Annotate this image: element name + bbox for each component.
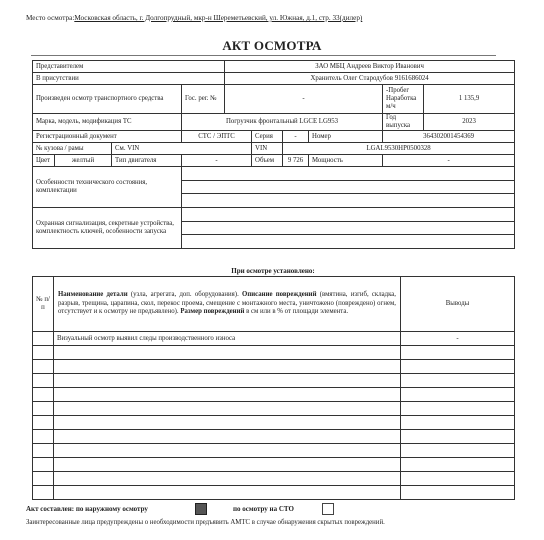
row-number[interactable] [33, 402, 54, 416]
table-row [33, 458, 515, 472]
table-row [33, 374, 515, 388]
row-description[interactable] [54, 416, 401, 430]
row-number[interactable] [33, 458, 54, 472]
vin-value: LGAL9530HP0500328 [283, 143, 515, 155]
sto-label: по осмотру на СТО [233, 505, 294, 513]
row-conclusion[interactable] [401, 458, 515, 472]
presence-value: Хранитель Олег Стародубов 9161686024 [225, 73, 515, 85]
row-description[interactable] [54, 430, 401, 444]
row-description[interactable] [54, 374, 401, 388]
representative-value: ЗАО МБЦ Андреев Виктор Иванович [225, 61, 515, 73]
act-basis: Акт составлен: по наружному осмотру по о… [26, 505, 148, 513]
tech-state-line-1[interactable] [182, 167, 515, 181]
reg-number-label: Гос. рег. № [182, 85, 225, 114]
tech-state-line-3[interactable] [182, 194, 515, 208]
alarm-label: Охранная сигнализация, секретные устройс… [33, 208, 182, 249]
desc-bold-part-name: Наименование детали [58, 291, 128, 298]
row-conclusion[interactable] [401, 444, 515, 458]
power-label: Мощность [309, 155, 383, 167]
row-number[interactable] [33, 486, 54, 500]
reg-doc-label: Регистрационный документ [33, 131, 182, 143]
col-description-header: Наименование детали (узла, агрегата, доп… [54, 277, 401, 332]
row-number[interactable] [33, 332, 54, 346]
row-conclusion[interactable] [401, 360, 515, 374]
model-label: Марка, модель, модификация ТС [33, 114, 182, 131]
year-label: Год выпуска [383, 114, 424, 131]
color-label: Цвет [33, 155, 55, 167]
external-inspection-checkbox[interactable] [195, 503, 207, 515]
col-number-header: № п/п [33, 277, 54, 332]
mileage-value: 1 135,9 [424, 85, 515, 114]
volume-label: Объем [252, 155, 283, 167]
row-conclusion[interactable]: - [401, 332, 515, 346]
row-conclusion[interactable] [401, 374, 515, 388]
model-value: Погрузчик фронтальный LGCE LG953 [182, 114, 383, 131]
row-conclusion[interactable] [401, 430, 515, 444]
inspection-place: Место осмотра:Московская область, г. Дол… [26, 14, 362, 22]
row-conclusion[interactable] [401, 346, 515, 360]
row-number[interactable] [33, 472, 54, 486]
table-row [33, 402, 515, 416]
table-row [33, 416, 515, 430]
tech-state-label: Особенности технического состояния, комп… [33, 167, 182, 208]
notice-text: Заинтересованные лица предупреждены о не… [26, 519, 385, 526]
body-label: № кузова / рамы [33, 143, 112, 155]
color-value: желтый [55, 155, 112, 167]
row-number[interactable] [33, 374, 54, 388]
document-title: АКТ ОСМОТРА [0, 38, 544, 54]
series-label: Серия [252, 131, 283, 143]
row-description[interactable] [54, 458, 401, 472]
row-number[interactable] [33, 430, 54, 444]
power-value: - [383, 155, 515, 167]
table-row [33, 346, 515, 360]
row-description[interactable] [54, 444, 401, 458]
table-row: Визуальный осмотр выявил следы производс… [33, 332, 515, 346]
row-conclusion[interactable] [401, 416, 515, 430]
findings-table: № п/п Наименование детали (узла, агрегат… [32, 276, 515, 500]
row-number[interactable] [33, 388, 54, 402]
tech-state-line-2[interactable] [182, 180, 515, 194]
place-address: Московская область, г. Долгопрудный, мкр… [74, 14, 362, 22]
table-row [33, 486, 515, 500]
mileage-label: -Пробег Наработка м/ч [383, 85, 424, 114]
row-number[interactable] [33, 416, 54, 430]
reg-doc-value: СТС / ЭПТС [182, 131, 252, 143]
reg-number-value: - [225, 85, 383, 114]
alarm-line-1[interactable] [182, 208, 515, 222]
row-conclusion[interactable] [401, 388, 515, 402]
desc-bold-size: Размер повреждений [180, 308, 244, 315]
row-description[interactable]: Визуальный осмотр выявил следы производс… [54, 332, 401, 346]
volume-value: 9 726 [283, 155, 309, 167]
table-row [33, 430, 515, 444]
table-row [33, 388, 515, 402]
vin-label: VIN [252, 143, 283, 155]
row-conclusion[interactable] [401, 472, 515, 486]
body-value: См. VIN [112, 143, 252, 155]
year-value: 2023 [424, 114, 515, 131]
alarm-line-3[interactable] [182, 235, 515, 249]
engine-value: - [182, 155, 252, 167]
row-description[interactable] [54, 486, 401, 500]
engine-label: Тип двигателя [112, 155, 182, 167]
row-description[interactable] [54, 472, 401, 486]
sto-inspection-checkbox[interactable] [322, 503, 334, 515]
row-number[interactable] [33, 360, 54, 374]
row-number[interactable] [33, 444, 54, 458]
vehicle-info-table: Представителем ЗАО МБЦ Андреев Виктор Ив… [32, 60, 515, 249]
col-conclusion-header: Выводы [401, 277, 515, 332]
row-description[interactable] [54, 360, 401, 374]
row-conclusion[interactable] [401, 402, 515, 416]
act-basis-label: Акт составлен: по наружному осмотру [26, 505, 148, 513]
table-row [33, 444, 515, 458]
desc-bold-damage: Описание повреждений [242, 291, 316, 298]
row-description[interactable] [54, 346, 401, 360]
title-divider [31, 55, 496, 56]
row-description[interactable] [54, 402, 401, 416]
findings-title: При осмотре установлено: [32, 267, 514, 275]
desc-text-1: (узла, агрегата, доп. оборудования). [128, 291, 242, 298]
row-number[interactable] [33, 346, 54, 360]
number-label: Номер [309, 131, 383, 143]
number-value: 364302001454369 [383, 131, 515, 143]
place-label: Место осмотра: [26, 14, 74, 22]
presence-label: В присутствии [33, 73, 225, 85]
table-row [33, 472, 515, 486]
desc-text-3: в см или в % от площади элемента. [244, 308, 348, 315]
table-row [33, 360, 515, 374]
inspection-label: Произведен осмотр транспортного средства [33, 85, 182, 114]
alarm-line-2[interactable] [182, 221, 515, 235]
series-value: - [283, 131, 309, 143]
representative-label: Представителем [33, 61, 225, 73]
row-description[interactable] [54, 388, 401, 402]
row-conclusion[interactable] [401, 486, 515, 500]
